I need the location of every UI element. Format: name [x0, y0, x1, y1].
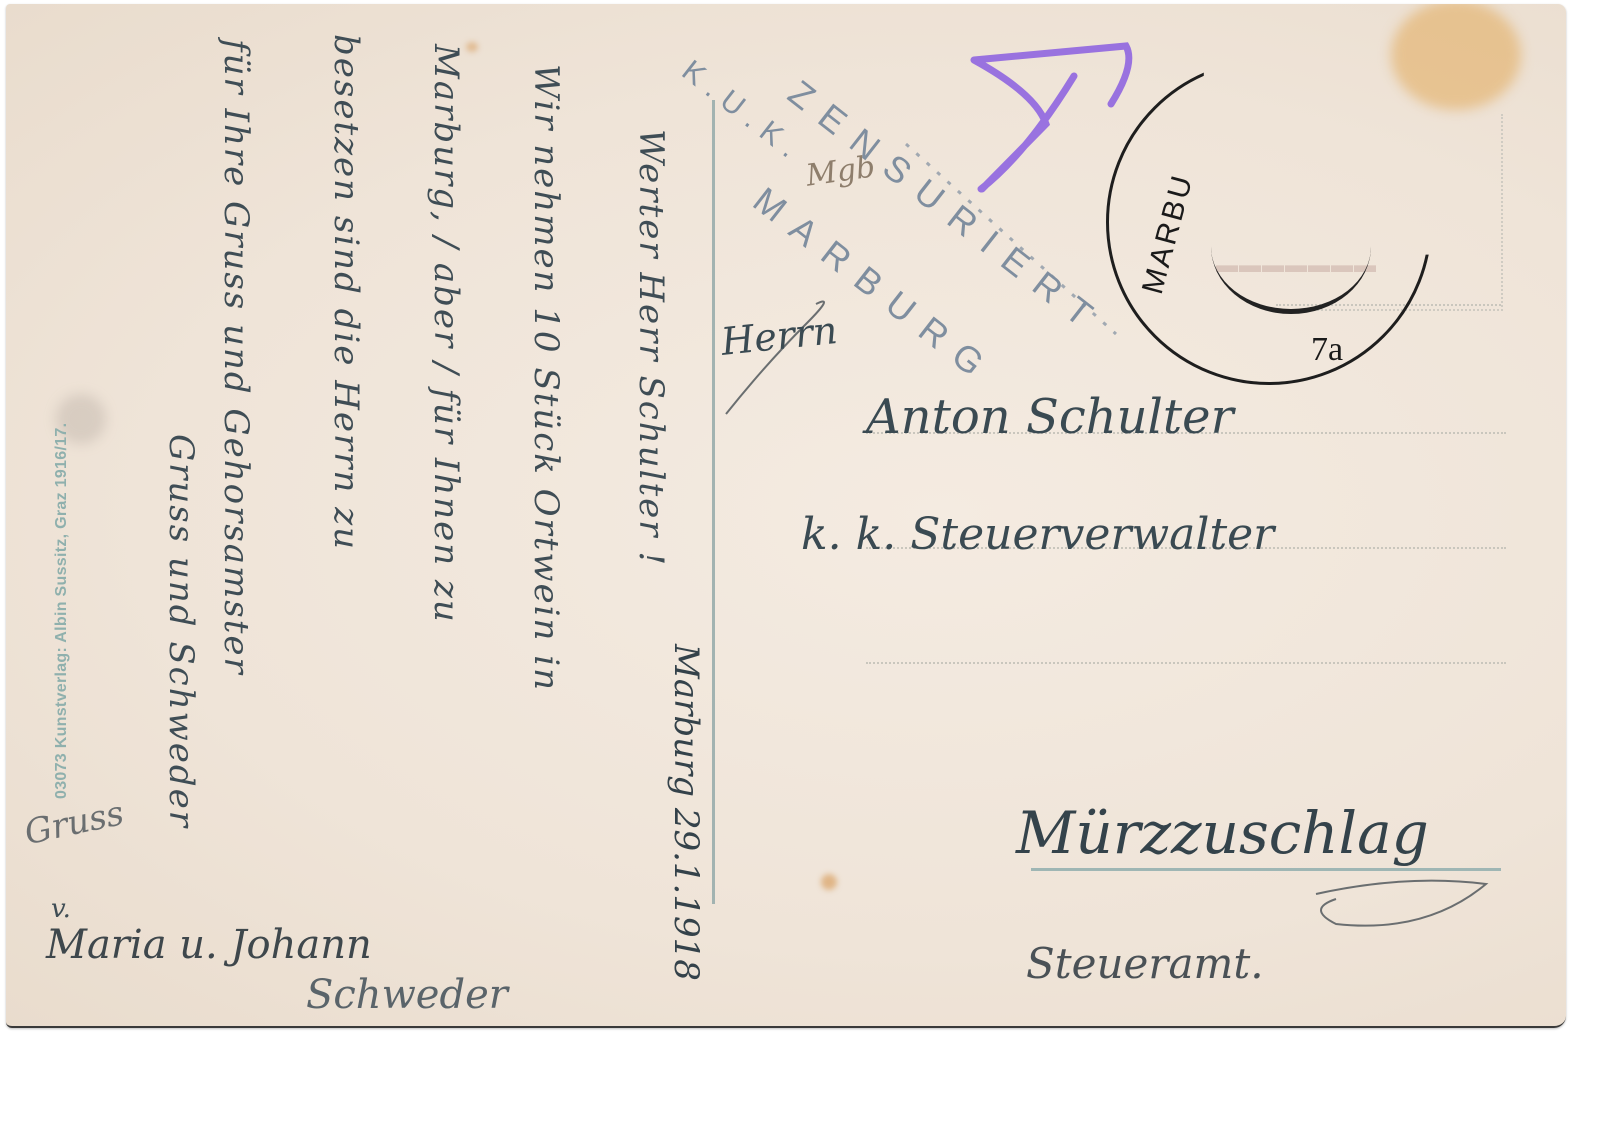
crayon-mark-icon	[6, 4, 1566, 1026]
address-name: Anton Schulter	[866, 389, 1234, 445]
postmark-code: 7a	[1311, 331, 1343, 369]
address-town: Mürzzuschlag	[1016, 799, 1429, 867]
address-title: k. k. Steuerverwalter	[801, 509, 1274, 560]
postcard: 03073 Kunstverlag: Albin Sussitz, Graz 1…	[6, 4, 1566, 1028]
address-office: Steueramt.	[1026, 939, 1264, 988]
postmark-inner-arc	[1211, 179, 1371, 314]
